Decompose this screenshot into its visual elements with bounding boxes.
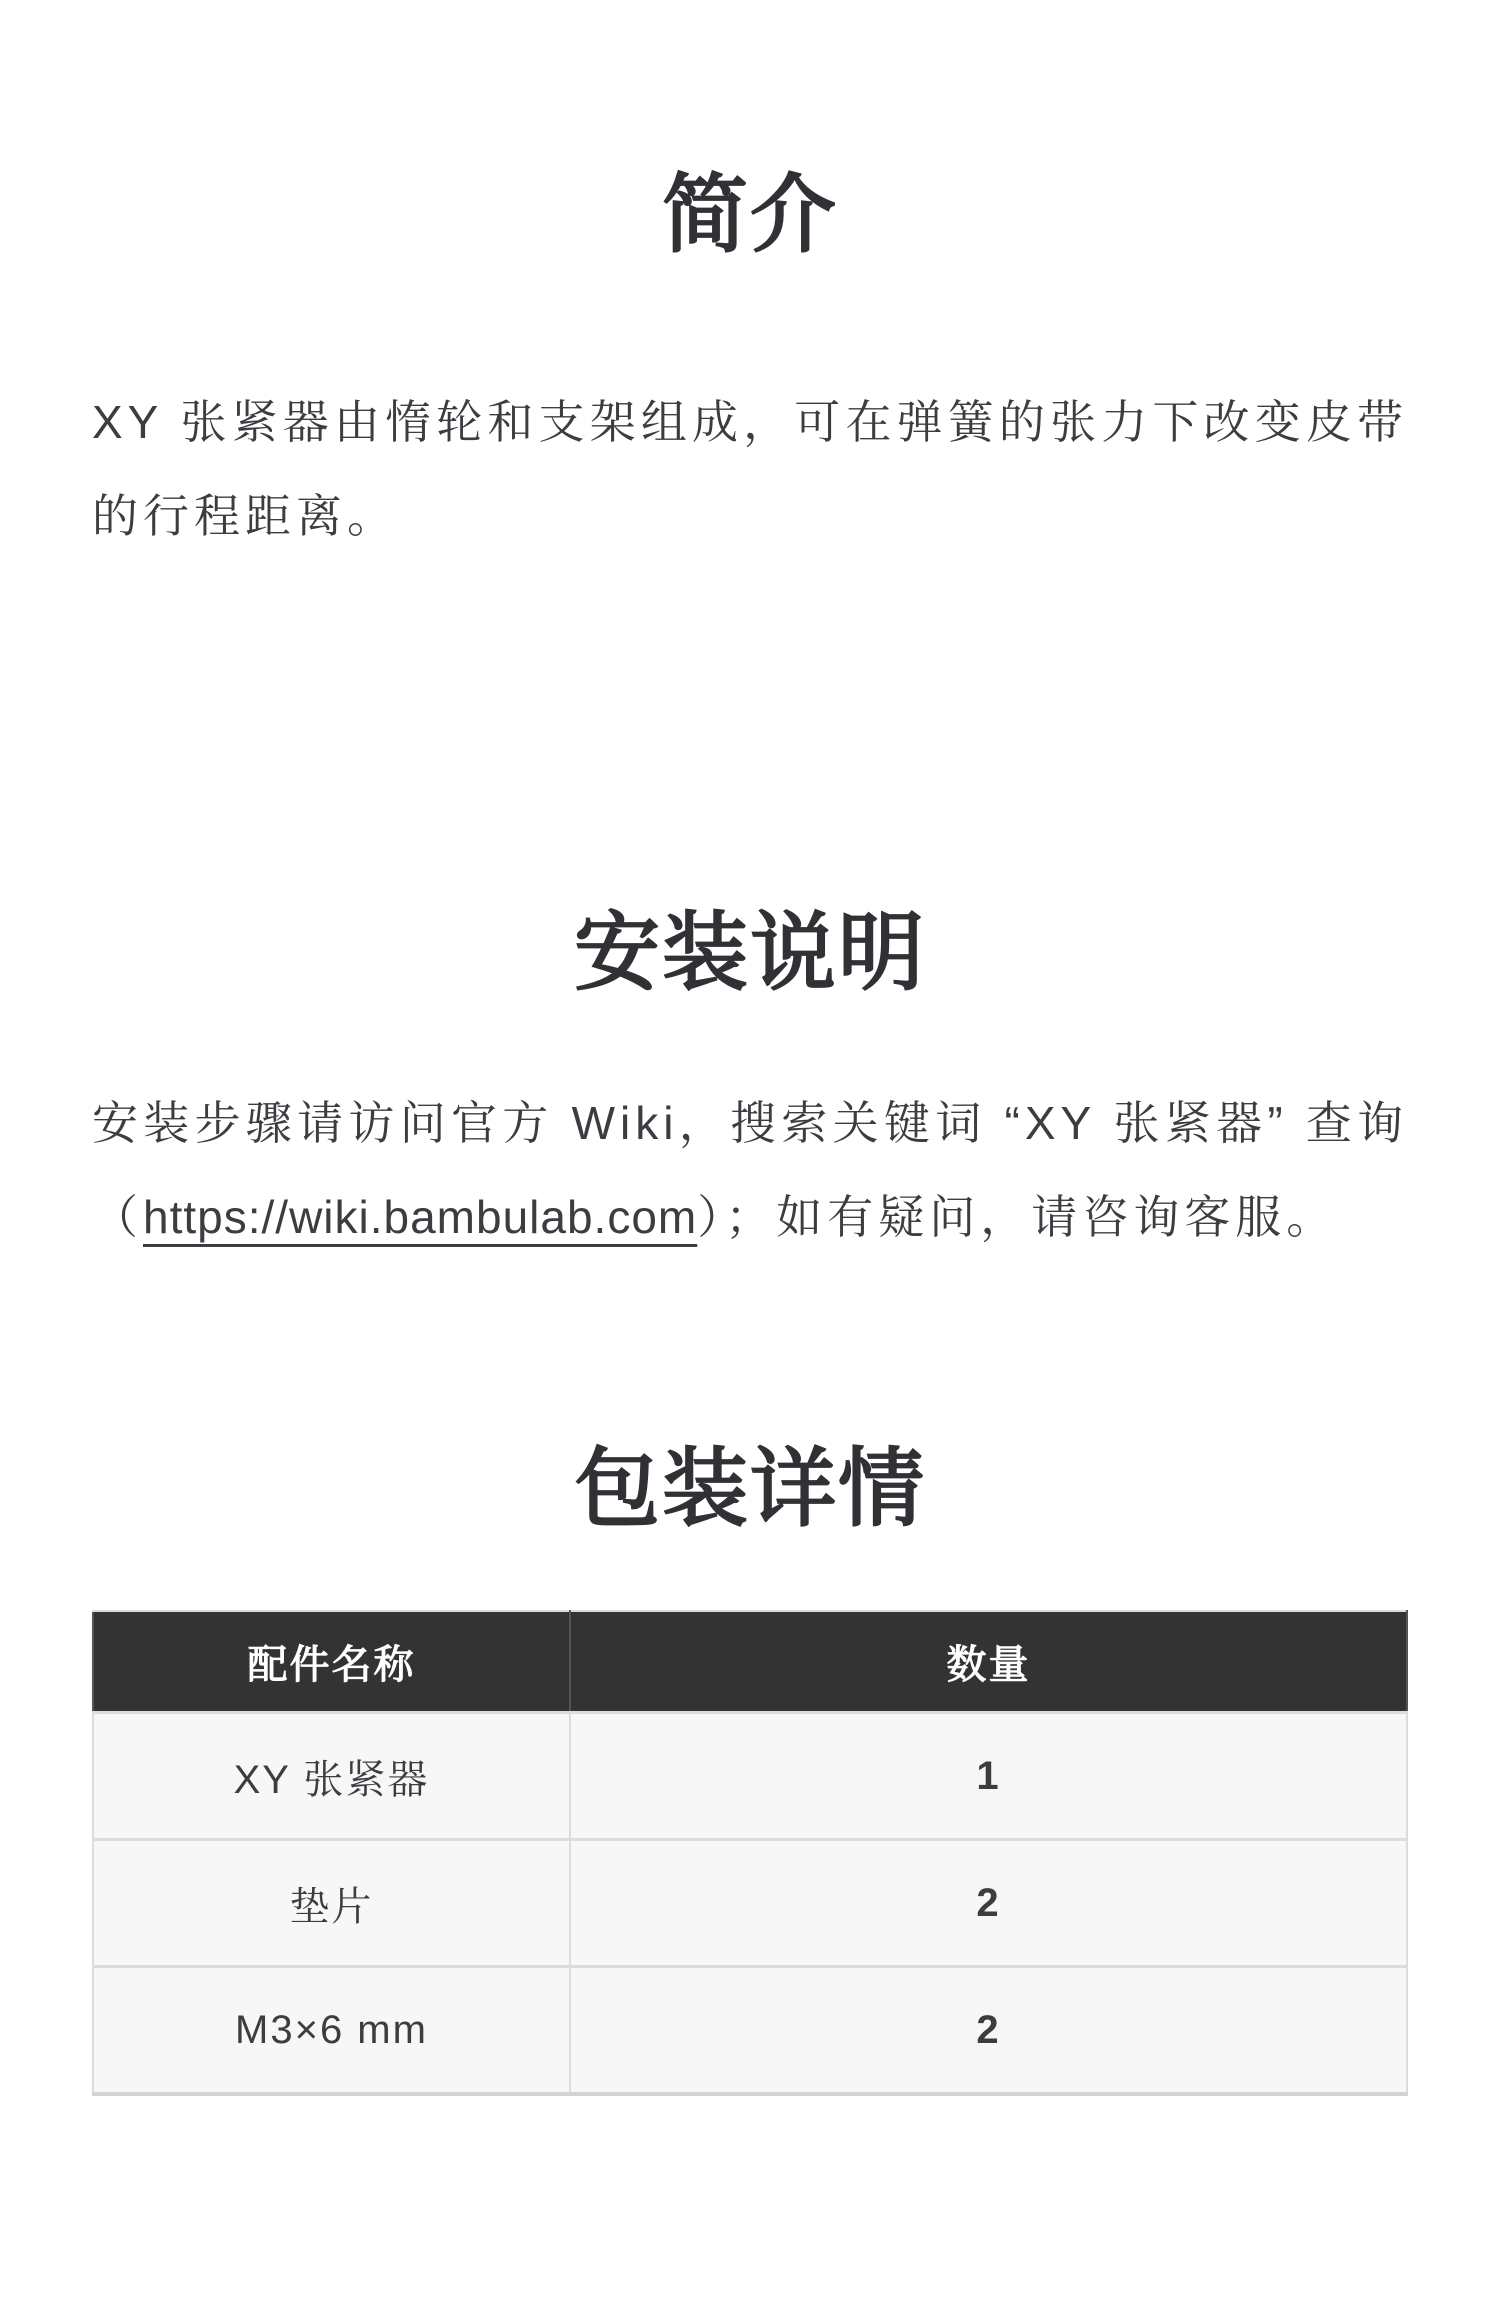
wiki-link[interactable]: https://wiki.bambulab.com [143, 1191, 697, 1243]
package-table: 配件名称 数量 XY 张紧器 1 垫片 2 M3×6 mm 2 [92, 1610, 1408, 2096]
table-header-quantity: 数量 [570, 1611, 1407, 1713]
package-table-head: 配件名称 数量 [93, 1611, 1407, 1713]
install-paragraph: 安装步骤请访问官方 Wiki，搜索关键词 “XY 张紧器” 查询（https:/… [92, 1076, 1408, 1264]
package-table-body: XY 张紧器 1 垫片 2 M3×6 mm 2 [93, 1713, 1407, 2095]
package-heading: 包装详情 [92, 1434, 1408, 1544]
part-name-cell: XY 张紧器 [93, 1713, 570, 1840]
table-row: 垫片 2 [93, 1840, 1407, 1967]
table-header-part-name: 配件名称 [93, 1611, 570, 1713]
table-row: M3×6 mm 2 [93, 1967, 1407, 2095]
part-name-cell: M3×6 mm [93, 1967, 570, 2095]
table-row: XY 张紧器 1 [93, 1713, 1407, 1840]
intro-paragraph: XY 张紧器由惰轮和支架组成，可在弹簧的张力下改变皮带的行程距离。 [92, 375, 1408, 563]
part-qty-cell: 2 [570, 1967, 1407, 2095]
part-qty-cell: 1 [570, 1713, 1407, 1840]
install-heading: 安装说明 [92, 898, 1408, 1008]
part-name-cell: 垫片 [93, 1840, 570, 1967]
manual-page: 简介 XY 张紧器由惰轮和支架组成，可在弹簧的张力下改变皮带的行程距离。 安装说… [92, 160, 1408, 2096]
intro-heading: 简介 [92, 160, 1408, 270]
table-header-row: 配件名称 数量 [93, 1611, 1407, 1713]
part-qty-cell: 2 [570, 1840, 1407, 1967]
install-text-after-link: ）；如有疑问，请咨询客服。 [697, 1191, 1337, 1243]
